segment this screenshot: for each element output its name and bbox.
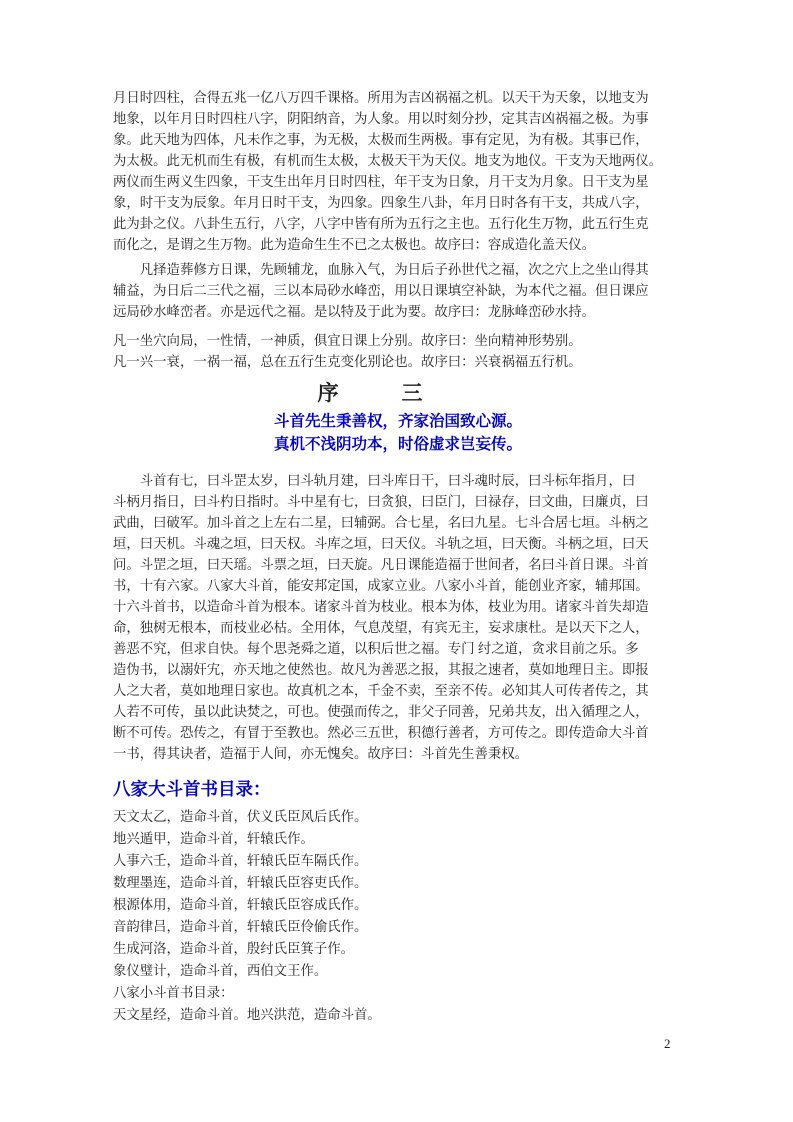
paragraph-siting: 凡择造葬修方日课，先顾辅龙，血脉入气，为日后子孙世代之福，次之穴上之坐山得其 辅… [113,259,683,322]
catalog-heading-small-eight: 八家小斗首书目录： [113,982,683,1004]
verse-line-1: 斗首先生秉善权，齐家治国致心源。 [113,411,683,434]
page-content: 月日时四柱，合得五兆一亿八万四千课格。所用为吉凶祸福之机。以天干为天象，以地支为… [113,0,683,1026]
catalog-item: 天文太乙，造命斗首，伏义氏臣风后氏作。 [113,806,683,828]
line-rise-decline: 凡一兴一衰，一祸一福，总在五行生克变化别论也。故序曰：兴衰祸福五行机。 [113,351,683,372]
line-seat-direction: 凡一坐穴向局，一性情，一神质，俱宜日课上分别。故序曰：坐向精神形势别。 [113,330,683,351]
catalog-item: 音韵律吕，造命斗首，轩辕氏臣伶偷氏作。 [113,916,683,938]
catalog-item: 生成河洛，造命斗首，殷纣氏臣箕子作。 [113,938,683,960]
catalog-item: 人事六壬，造命斗首，轩辕氏臣车隔氏作。 [113,850,683,872]
catalog-heading-large-eight: 八家大斗首书目录： [113,776,683,802]
verse-line-2: 真机不浅阴功本，时俗虚求岂妄传。 [113,434,683,457]
page-number: 2 [664,1036,671,1052]
catalog-item: 数理墨连，造命斗首，轩辕氏臣容吏氏作。 [113,872,683,894]
catalog-line-small-eight: 天文星经，造命斗首。地兴洪范，造命斗首。 [113,1004,683,1026]
paragraph-doushou: 斗首有七，曰斗罡太岁，曰斗轨月建，曰斗库日干，曰斗魂时辰，曰斗标年指月，曰 斗柄… [113,470,683,764]
catalog-item: 地兴遁甲，造命斗首，轩辕氏作。 [113,828,683,850]
catalog-item: 象仪璧计，造命斗首，西伯文王作。 [113,960,683,982]
verse-couplet: 斗首先生秉善权，齐家治国致心源。 真机不浅阴功本，时俗虚求岂妄传。 [113,411,683,456]
catalog-item: 根源体用，造命斗首，轩辕氏臣容成氏作。 [113,894,683,916]
section-heading-preface-three: 序 三 [85,378,655,408]
catalog-list: 天文太乙，造命斗首，伏义氏臣风后氏作。地兴遁甲，造命斗首，轩辕氏作。人事六壬，造… [113,806,683,982]
paragraph-opening: 月日时四柱，合得五兆一亿八万四千课格。所用为吉凶祸福之机。以天干为天象，以地支为… [113,87,683,255]
document-page: 月日时四柱，合得五兆一亿八万四千课格。所用为吉凶祸福之机。以天干为天象，以地支为… [0,0,793,1122]
